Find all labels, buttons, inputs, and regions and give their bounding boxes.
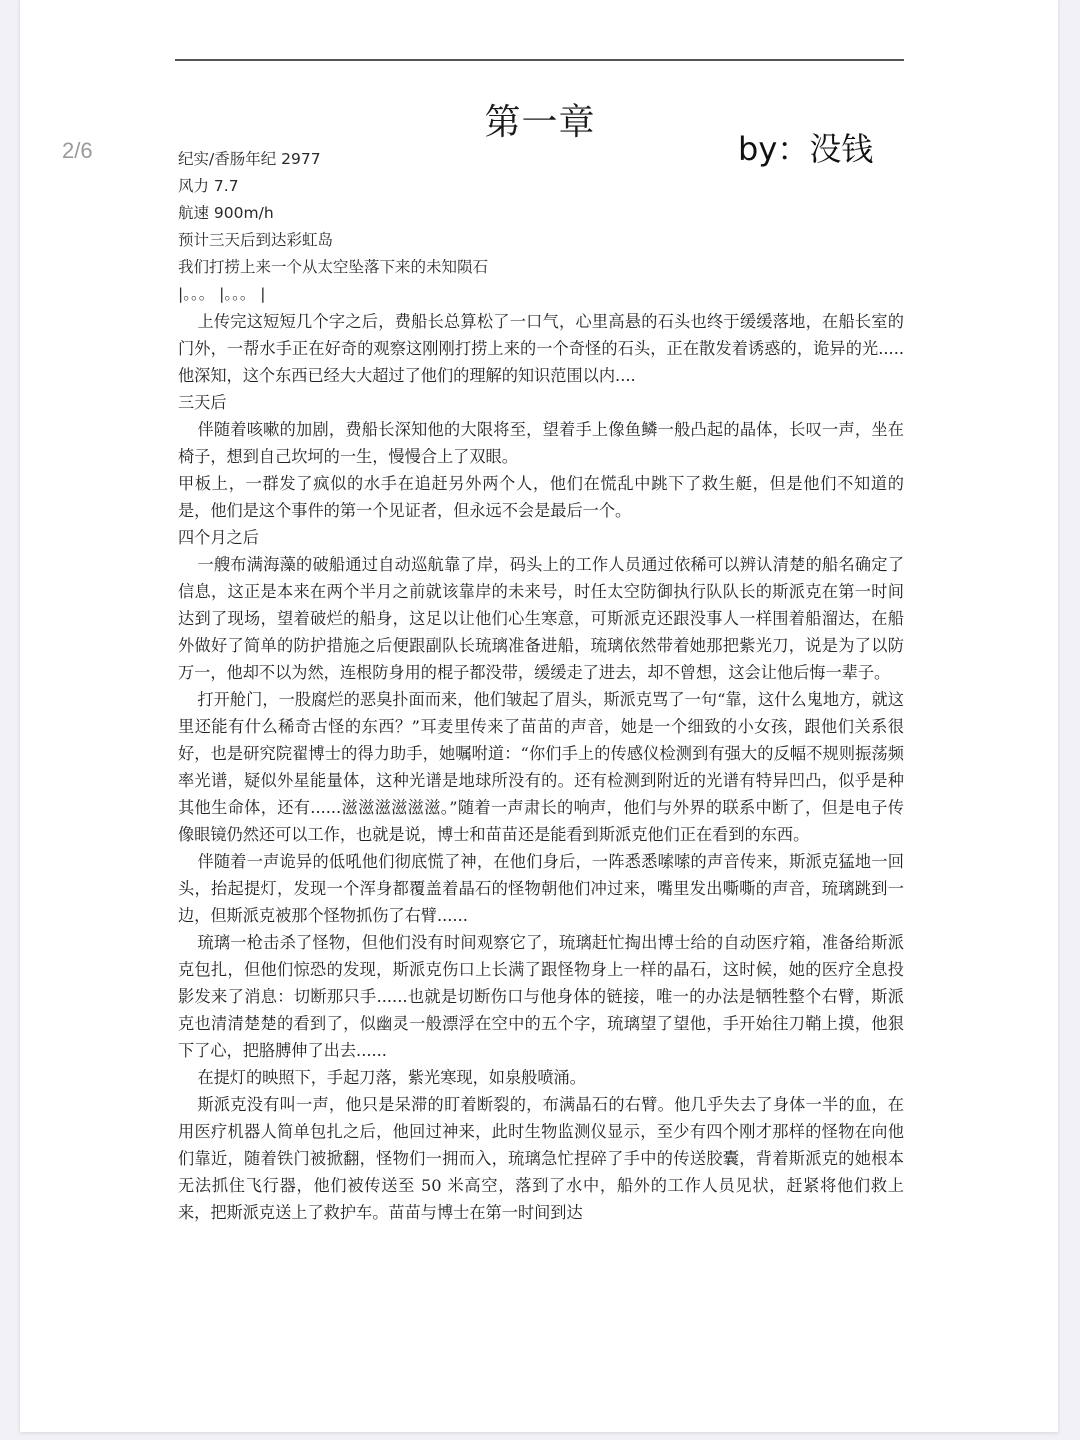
paragraph: 在提灯的映照下，手起刀落，紫光寒现，如泉般喷涌。 <box>178 1064 904 1091</box>
meta-line-wind: 风力 7.7 <box>178 173 904 200</box>
chapter-title: 第一章 <box>0 94 1080 145</box>
paragraph: 斯派克没有叫一声，他只是呆滞的盯着断裂的，布满晶石的右臂。他几乎失去了身体一半的… <box>178 1091 904 1226</box>
meta-line-eta: 预计三天后到达彩虹岛 <box>178 227 904 254</box>
section-heading-three-days-later: 三天后 <box>178 389 904 416</box>
meta-line-record: 纪实/香肠年纪 2977 <box>178 146 904 173</box>
meta-line-speed: 航速 900m/h <box>178 200 904 227</box>
paragraph: 伴随着咳嗽的加剧，费船长深知他的大限将至，望着手上像鱼鳞一般凸起的晶体，长叹一声… <box>178 416 904 470</box>
meta-line-separator: |。。。 |。。。 | <box>178 281 904 308</box>
section-heading-four-months-later: 四个月之后 <box>178 524 904 551</box>
paragraph: 伴随着一声诡异的低吼他们彻底慌了神，在他们身后，一阵悉悉嗦嗦的声音传来，斯派克猛… <box>178 848 904 929</box>
document-body: 纪实/香肠年纪 2977 风力 7.7 航速 900m/h 预计三天后到达彩虹岛… <box>178 146 904 1226</box>
meta-line-meteorite: 我们打捞上来一个从太空坠落下来的未知陨石 <box>178 254 904 281</box>
paragraph: 甲板上，一群发了疯似的水手在追赶另外两个人，他们在慌乱中跳下了救生艇，但是他们不… <box>178 470 904 524</box>
header-rule <box>175 59 904 61</box>
paragraph: 打开舱门，一股腐烂的恶臭扑面而来，他们皱起了眉头，斯派克骂了一句“靠，这什么鬼地… <box>178 686 904 848</box>
paragraph: 一艘布满海藻的破船通过自动巡航靠了岸，码头上的工作人员通过依稀可以辨认清楚的船名… <box>178 551 904 686</box>
paragraph: 琉璃一枪击杀了怪物，但他们没有时间观察它了，琉璃赶忙掏出博士给的自动医疗箱，准备… <box>178 929 904 1064</box>
paragraph: 上传完这短短几个字之后，费船长总算松了一口气，心里高悬的石头也终于缓缓落地，在船… <box>178 308 904 389</box>
